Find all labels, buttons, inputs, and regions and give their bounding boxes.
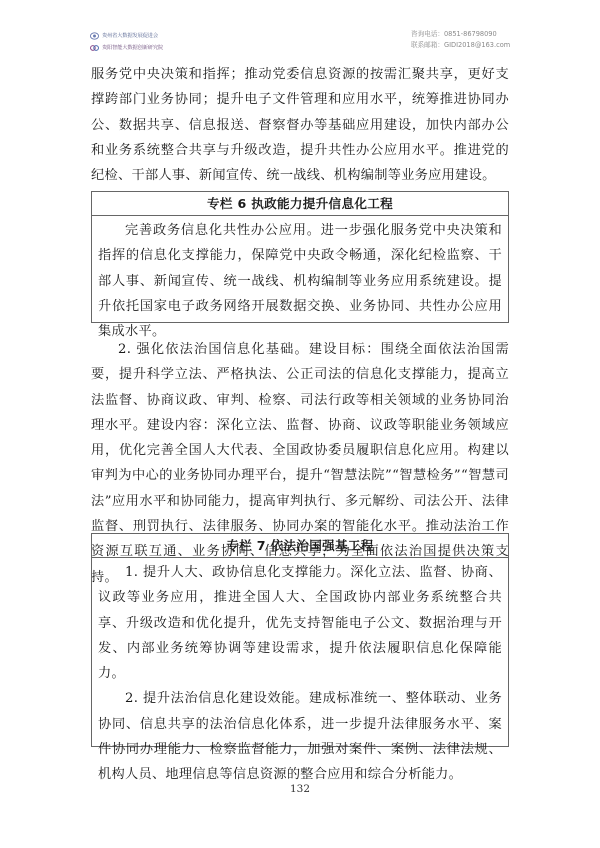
box-7-item-1: 1. 提升人大、政协信息化支撑能力。深化立法、监督、协商、议政等业务应用，推进全… [98,560,502,686]
sidebar-box-6: 专栏 6 执政能力提升信息化工程 完善政务信息化共性办公应用。进一步强化服务党中… [91,191,509,323]
phone-line: 咨询电话：0851-86798090 [411,29,510,40]
email-line: 联系邮箱：GIDI2018@163.com [411,40,510,51]
email-label: 联系邮箱： [411,41,444,49]
page-header: 贵州省大数据发展促进会 贵阳智能大数据创新研究院 咨询电话：0851-86798… [0,26,600,56]
box-7-title: 专栏 7 依法治国强基工程 [92,534,508,558]
box-6-paragraph: 完善政务信息化共性办公应用。进一步强化服务党中央决策和指挥的信息化支撑能力，保障… [98,218,502,344]
logo-row-association: 贵州省大数据发展促进会 [90,30,170,41]
organization-logo: 贵州省大数据发展促进会 贵阳智能大数据创新研究院 [90,30,170,54]
intro-paragraph: 服务党中央决策和指挥；推动党委信息资源的按需汇聚共享，更好支撑跨部门业务协同；提… [91,62,509,188]
logo-line-2: 贵阳智能大数据创新研究院 [102,44,163,51]
institute-logo-icon [90,44,99,52]
page-number: 132 [0,783,600,795]
box-6-body: 完善政务信息化共性办公应用。进一步强化服务党中央决策和指挥的信息化支撑能力，保障… [92,216,508,344]
contact-info: 咨询电话：0851-86798090 联系邮箱：GIDI2018@163.com [411,29,510,51]
phone-label: 咨询电话： [411,30,444,38]
association-logo-icon [90,32,99,40]
box-6-title: 专栏 6 执政能力提升信息化工程 [92,192,508,216]
logo-row-institute: 贵阳智能大数据创新研究院 [90,42,170,53]
logo-line-1: 贵州省大数据发展促进会 [102,32,158,39]
email-address: GIDI2018@163.com [444,41,510,49]
box-7-body: 1. 提升人大、政协信息化支撑能力。深化立法、监督、协商、议政等业务应用，推进全… [92,558,508,788]
phone-number: 0851-86798090 [444,30,497,38]
box-7-item-2: 2. 提升法治信息化建设效能。建成标准统一、整体联动、业务协同、信息共享的法治信… [98,686,502,787]
sidebar-box-7: 专栏 7 依法治国强基工程 1. 提升人大、政协信息化支撑能力。深化立法、监督、… [91,533,509,747]
